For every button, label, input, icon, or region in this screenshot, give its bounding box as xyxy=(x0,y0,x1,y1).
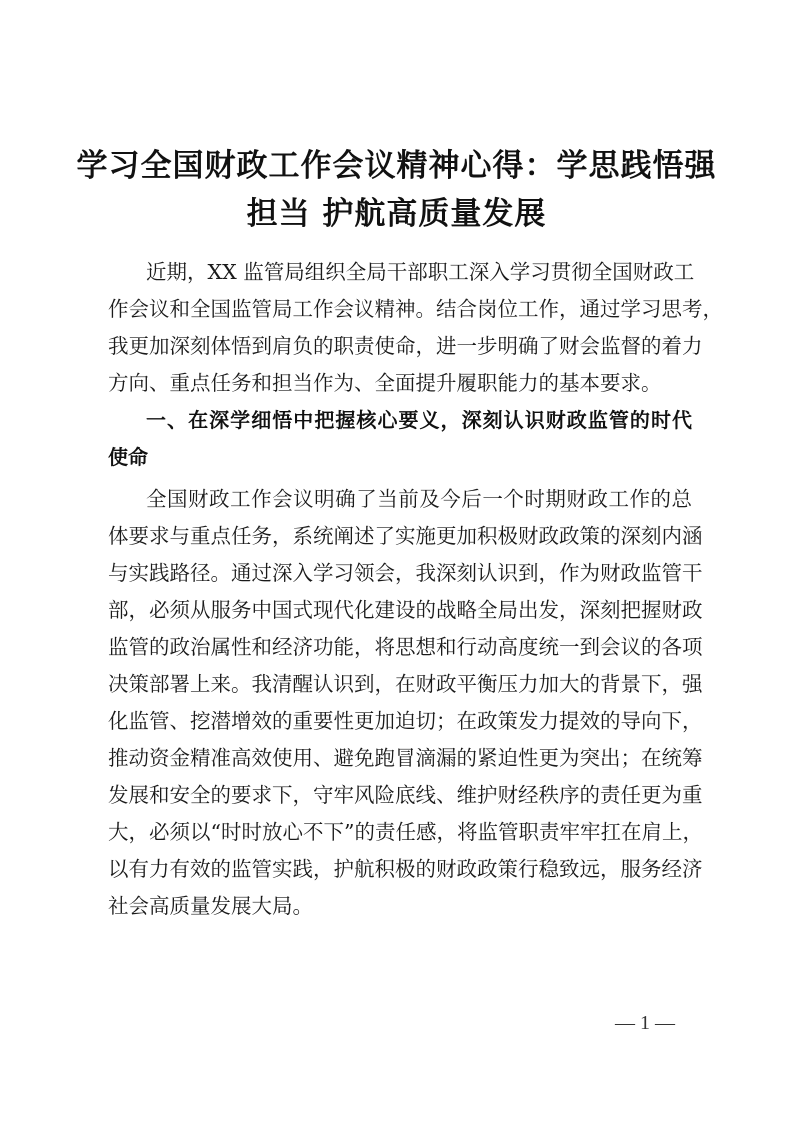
body-paragraph-line: 体要求与重点任务，系统阐述了实施更加积极财政政策的深刻内涵 xyxy=(108,521,692,551)
body-paragraph-line: 化监管、挖潜增效的重要性更加迫切；在政策发力提效的导向下， xyxy=(108,706,692,736)
body-paragraph-line: 发展和安全的要求下，守牢风险底线、维护财经秩序的责任更为重 xyxy=(108,780,692,810)
body-paragraph-line: 全国财政工作会议明确了当前及今后一个时期财政工作的总 xyxy=(146,484,692,514)
page-number: — 1 — xyxy=(600,1012,690,1035)
intro-paragraph-line: 近期，XX 监管局组织全局干部职工深入学习贯彻全国财政工 xyxy=(146,257,692,287)
intro-paragraph-line: 作会议和全国监管局工作会议精神。结合岗位工作，通过学习思考， xyxy=(108,294,692,324)
document-page: 学习全国财政工作会议精神心得：学思践悟强 担当 护航高质量发展 近期，XX 监管… xyxy=(0,0,793,1122)
intro-paragraph-line: 我更加深刻体悟到肩负的职责使命，进一步明确了财会监督的着力 xyxy=(108,331,692,361)
section-heading-line: 一、在深学细悟中把握核心要义，深刻认识财政监管的时代 xyxy=(146,405,692,435)
body-paragraph-line: 部，必须从服务中国式现代化建设的战略全局出发，深刻把握财政 xyxy=(108,595,692,625)
document-title-line-2: 担当 护航高质量发展 xyxy=(0,194,793,234)
section-heading-line: 使命 xyxy=(108,442,692,472)
body-paragraph-line: 与实践路径。通过深入学习领会，我深刻认识到，作为财政监管干 xyxy=(108,558,692,588)
body-paragraph-line: 社会高质量发展大局。 xyxy=(108,891,692,921)
intro-paragraph-line: 方向、重点任务和担当作为、全面提升履职能力的基本要求。 xyxy=(108,368,692,398)
body-paragraph-line: 大，必须以“时时放心不下”的责任感，将监管职责牢牢扛在肩上， xyxy=(108,817,692,847)
body-paragraph-line: 监管的政治属性和经济功能，将思想和行动高度统一到会议的各项 xyxy=(108,632,692,662)
document-title-line-1: 学习全国财政工作会议精神心得：学思践悟强 xyxy=(0,146,793,186)
body-paragraph-line: 决策部署上来。我清醒认识到，在财政平衡压力加大的背景下，强 xyxy=(108,669,692,699)
body-paragraph-line: 以有力有效的监管实践，护航积极的财政政策行稳致远，服务经济 xyxy=(108,854,692,884)
body-paragraph-line: 推动资金精准高效使用、避免跑冒滴漏的紧迫性更为突出；在统筹 xyxy=(108,743,692,773)
